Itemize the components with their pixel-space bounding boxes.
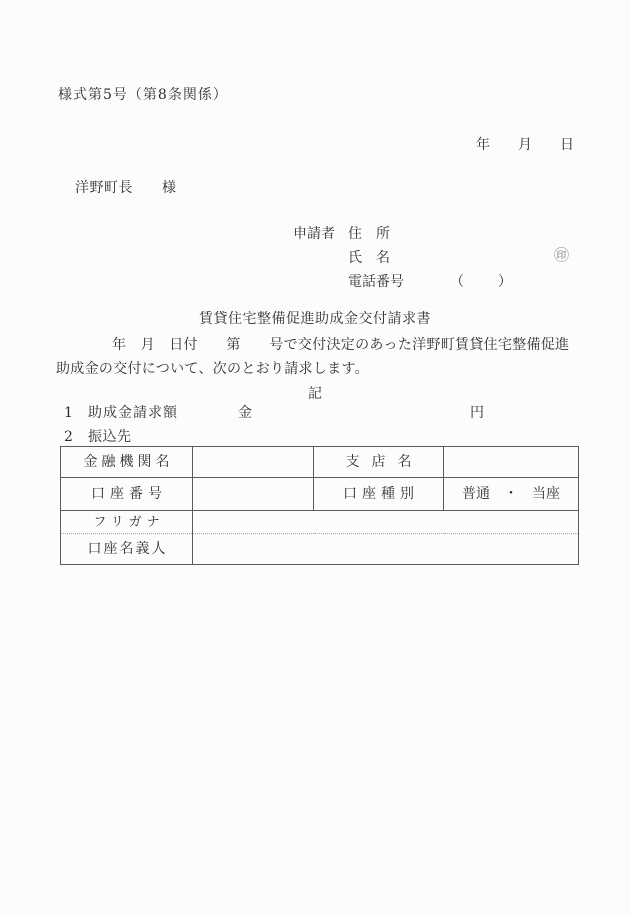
account-number-value [193, 478, 314, 511]
amount-suffix: 円 [470, 406, 484, 420]
phone-label: 電話番号 [348, 275, 404, 289]
document-title: 賃貸住宅整備促進助成金交付請求書 [0, 312, 630, 326]
account-holder-label: 口座名義人 [61, 534, 193, 565]
item1-label: 助成金請求額 [88, 406, 178, 420]
table-row-furigana: フリガナ [61, 511, 579, 534]
addressee: 洋野町長 様 [75, 181, 177, 195]
body-text-line2: 助成金の交付について、次のとおり請求します。 [56, 362, 369, 376]
bank-transfer-table: 金融機関名 支店名 口座番号 口座種別 普通 ・ 当座 フリガナ 口座名義人 [60, 446, 579, 565]
address-label: 住 所 [348, 227, 390, 241]
applicant-label: 申請者 [293, 227, 335, 241]
table-row-account-number: 口座番号 口座種別 普通 ・ 当座 [61, 478, 579, 511]
body-text-line1: 年 月 日付 第 号で交付決定のあった洋野町賃貸住宅整備促進 [112, 338, 569, 352]
branch-name-label: 支店名 [314, 447, 444, 478]
account-type-value: 普通 ・ 当座 [444, 478, 579, 511]
amount-prefix: 金 [238, 406, 252, 420]
furigana-value [193, 511, 579, 534]
table-row-financial-institution: 金融機関名 支店名 [61, 447, 579, 478]
document-page: 様式第5号（第8条関係） 年 月 日 洋野町長 様 申請者 住 所 氏 名 ㊞ … [0, 0, 630, 915]
phone-paren-open: （ [450, 275, 464, 289]
financial-institution-label: 金融機関名 [61, 447, 193, 478]
item1-number: 1 [64, 406, 73, 420]
note-heading: 記 [0, 387, 630, 401]
account-type-label: 口座種別 [314, 478, 444, 511]
furigana-label: フリガナ [61, 511, 193, 534]
financial-institution-value [193, 447, 314, 478]
form-number: 様式第5号（第8条関係） [58, 88, 228, 102]
item2-label: 振込先 [88, 430, 132, 444]
table-row-account-holder: 口座名義人 [61, 534, 579, 565]
seal-mark-icon: ㊞ [554, 248, 569, 263]
date-field: 年 月 日 [476, 138, 574, 152]
account-holder-value [193, 534, 579, 565]
name-label: 氏 名 [348, 251, 390, 265]
phone-paren-close: ） [498, 275, 512, 289]
branch-name-value [444, 447, 579, 478]
item2-number: 2 [64, 430, 73, 444]
account-number-label: 口座番号 [61, 478, 193, 511]
